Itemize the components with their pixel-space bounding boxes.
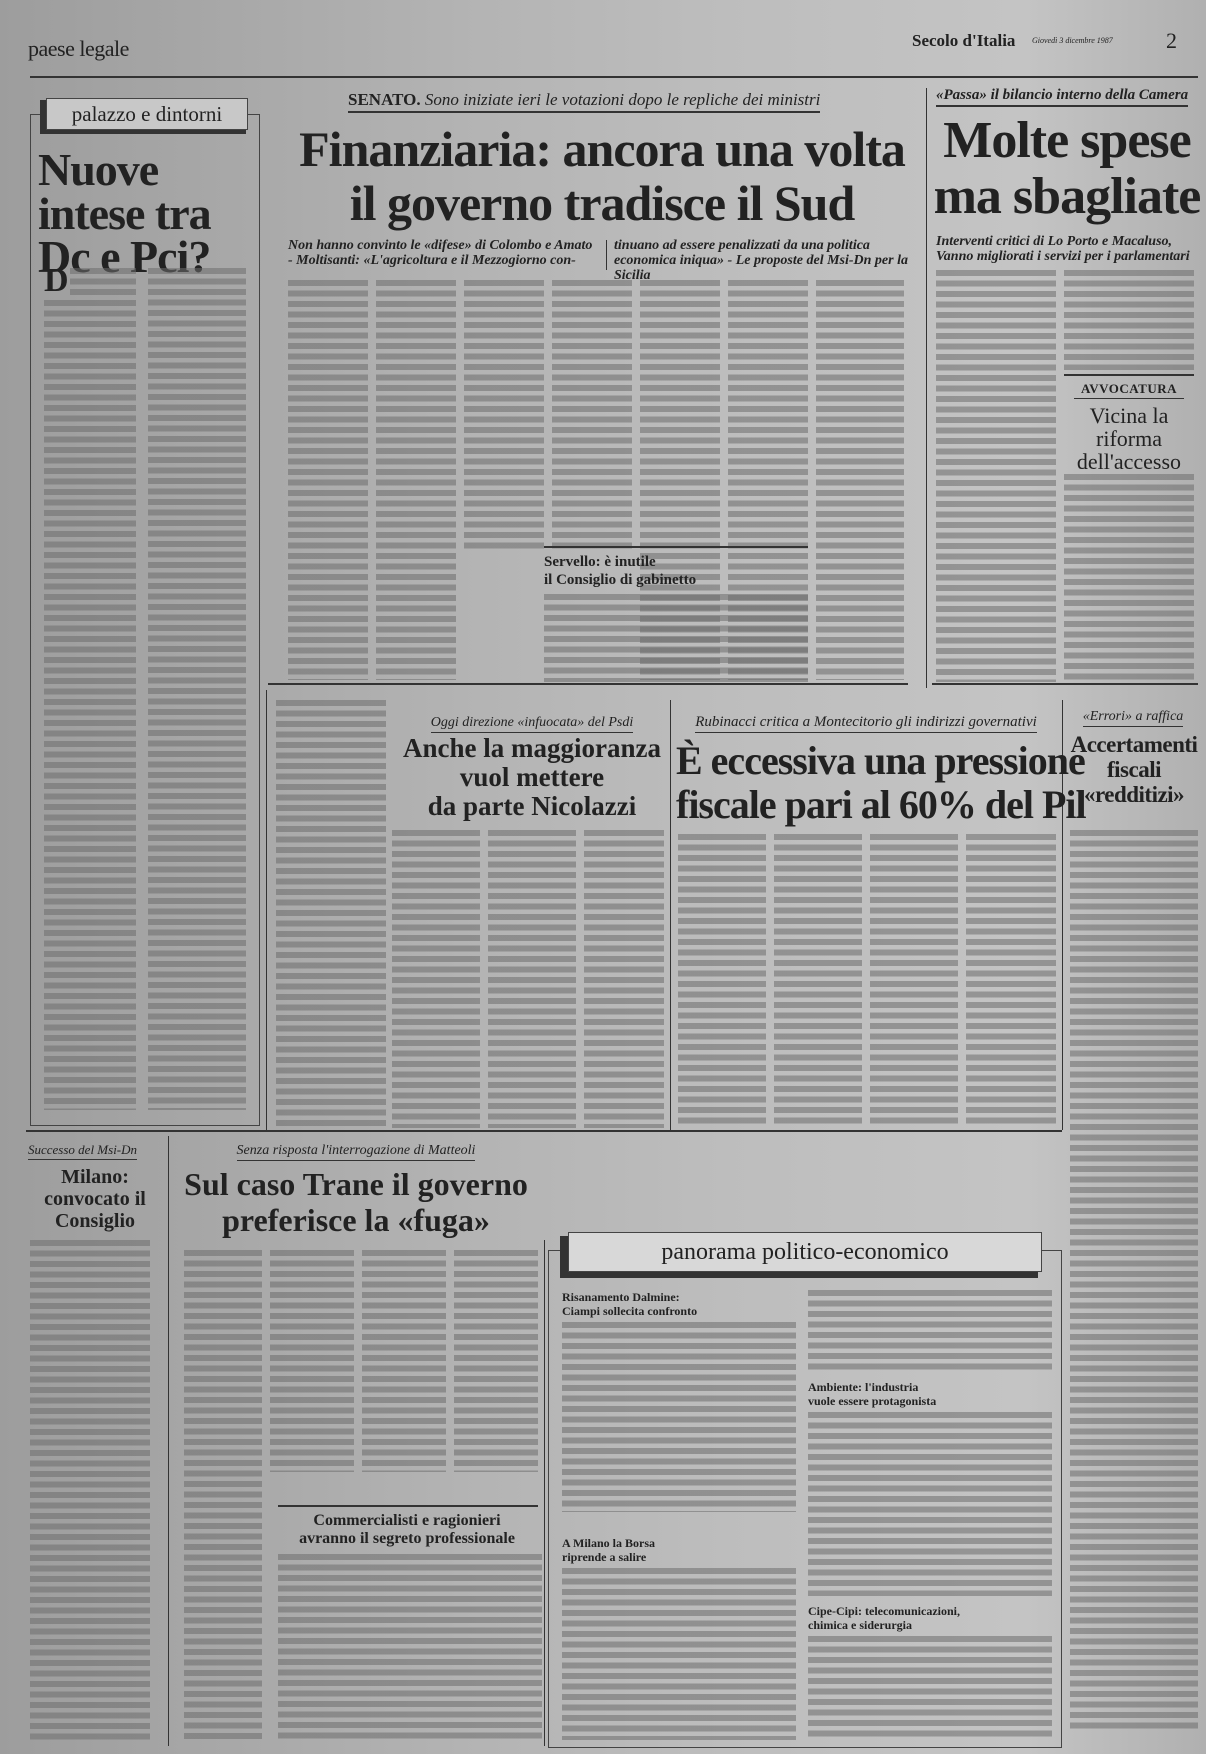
- accertamenti-kicker: «Errori» a raffica: [1066, 707, 1200, 725]
- finanziaria-col3: [464, 280, 544, 552]
- column-tag: palazzo e dintorni: [46, 98, 248, 130]
- panorama-item-4-title: Cipe-Cipi: telecomunicazioni, chimica e …: [808, 1604, 960, 1632]
- finanziaria-col1: [288, 280, 368, 680]
- trane-kicker-text: Senza risposta l'interrogazione di Matte…: [237, 1143, 476, 1161]
- panorama-item-1-title-1: Risanamento Dalmine:: [562, 1290, 697, 1304]
- nicolazzi-kicker: Oggi direzione «infuocata» del Psdi: [400, 713, 664, 731]
- left-divider: [266, 690, 267, 1130]
- panorama-divider: [544, 1240, 545, 1746]
- pressione-col1: [678, 834, 766, 1128]
- pressione-left-border: [670, 700, 671, 1130]
- palazzo-text-col1: [44, 300, 136, 1110]
- page-number: 2: [1166, 28, 1177, 54]
- nicolazzi-col2: [488, 830, 576, 1128]
- commercialisti-headline-1: Commercialisti e ragionieri: [272, 1512, 542, 1530]
- milano-kicker-text: Successo del Msi-Dn: [28, 1142, 137, 1160]
- camera-kicker-text: «Passa» il bilancio interno della Camera: [936, 87, 1188, 107]
- panorama-item-3-text: [808, 1412, 1052, 1596]
- avvocatura-text: [1064, 474, 1194, 682]
- pressione-col3: [870, 834, 958, 1128]
- palazzo-text-lead: [70, 268, 136, 298]
- pressione-headline-2: fiscale pari al 60% del Pil: [676, 786, 1060, 824]
- milano-kicker: Successo del Msi-Dn: [28, 1141, 166, 1159]
- servello-rule: [544, 546, 808, 548]
- milano-text: [30, 1240, 150, 1740]
- avvocatura-headline: Vicina la riforma dell'accesso: [1064, 404, 1194, 473]
- camera-headline-1: Molte spese: [932, 116, 1202, 165]
- accertamenti-headline: Accertamenti fiscali «redditizi»: [1066, 732, 1202, 807]
- finanziaria-headline-2: il governo tradisce il Sud: [282, 180, 922, 228]
- trane-col4: [454, 1250, 538, 1472]
- panorama-banner: panorama politico-economico: [568, 1232, 1042, 1272]
- issue-date: Giovedì 3 dicembre 1987: [1032, 36, 1113, 45]
- trane-headline-1: Sul caso Trane il governo: [176, 1166, 536, 1202]
- servello-headline-1: Servello: è inutile: [544, 553, 696, 571]
- palazzo-headline: Nuove intese tra Dc e Pci?: [38, 148, 268, 279]
- header-rule: [30, 76, 1198, 78]
- finanziaria-subhead-right: tinuano ad essere penalizzati da una pol…: [614, 238, 920, 283]
- right-top-bottom-rule: [932, 683, 1198, 685]
- panorama-item-2-text: [562, 1568, 796, 1740]
- pressione-kicker: Rubinacci critica a Montecitorio gli ind…: [676, 713, 1056, 731]
- accertamenti-text: [1070, 830, 1198, 1730]
- milano-headline: Milano: convocato il Consiglio: [28, 1166, 162, 1232]
- panorama-item-2-title: A Milano la Borsa riprende a salire: [562, 1536, 655, 1564]
- finanziaria-kicker: SENATO. Sono iniziate ieri le votazioni …: [348, 90, 820, 110]
- panorama-item-4-title-1: Cipe-Cipi: telecomunicazioni,: [808, 1604, 960, 1618]
- camera-subhead: Interventi critici di Lo Porto e Macalus…: [936, 234, 1200, 264]
- avvocatura-rule-top: [1064, 374, 1194, 376]
- panorama-item-1-title: Risanamento Dalmine: Ciampi sollecita co…: [562, 1290, 697, 1318]
- left-continuation-text: [276, 700, 386, 1128]
- newspaper-page: paese legale Secolo d'Italia Giovedì 3 d…: [0, 0, 1206, 1754]
- masthead: Secolo d'Italia: [912, 31, 1015, 51]
- panorama-item-3-title-2: vuole essere protagonista: [808, 1394, 936, 1408]
- commercialisti-headline: Commercialisti e ragionieri avranno il s…: [272, 1512, 542, 1548]
- panorama-item-3-title-1: Ambiente: l'industria: [808, 1380, 936, 1394]
- nicolazzi-headline-2: vuol mettere: [392, 763, 672, 792]
- subhead-divider: [606, 240, 607, 270]
- nicolazzi-col1: [392, 830, 480, 1128]
- trane-kicker: Senza risposta l'interrogazione di Matte…: [176, 1141, 536, 1159]
- commercialisti-rule: [278, 1505, 538, 1507]
- pressione-kicker-text: Rubinacci critica a Montecitorio gli ind…: [695, 714, 1037, 733]
- panorama-item-0-right-text: [808, 1290, 1052, 1374]
- kicker-text: Sono iniziate ieri le votazioni dopo le …: [425, 90, 821, 109]
- avvocatura-tag: AVVOCATURA: [1064, 381, 1194, 397]
- panorama-item-1-title-2: Ciampi sollecita confronto: [562, 1304, 697, 1318]
- camera-col2: [1064, 270, 1194, 370]
- trane-col3: [362, 1250, 446, 1472]
- right-column-divider: [926, 88, 927, 688]
- panorama-item-1-text: [562, 1322, 796, 1512]
- trane-headline: Sul caso Trane il governo preferisce la …: [176, 1166, 536, 1238]
- camera-col1: [936, 270, 1056, 682]
- servello-headline-2: il Consiglio di gabinetto: [544, 571, 696, 589]
- trane-col2: [270, 1250, 354, 1472]
- pressione-col4: [966, 834, 1056, 1128]
- nicolazzi-headline: Anche la maggioranza vuol mettere da par…: [392, 734, 672, 821]
- servello-text: [544, 594, 808, 682]
- nicolazzi-kicker-text: Oggi direzione «infuocata» del Psdi: [431, 715, 633, 733]
- panorama-item-2-title-1: A Milano la Borsa: [562, 1536, 655, 1550]
- finanziaria-subhead-left: Non hanno convinto le «difese» di Colomb…: [288, 238, 598, 268]
- lower-section-rule: [26, 1130, 1062, 1132]
- panorama-item-4-text: [808, 1636, 1052, 1740]
- milano-divider: [168, 1136, 169, 1746]
- pressione-col2: [774, 834, 862, 1128]
- panorama-item-2-title-2: riprende a salire: [562, 1550, 655, 1564]
- pressione-headline-1: È eccessiva una pressione: [676, 742, 1060, 780]
- drop-cap: D: [44, 266, 69, 296]
- finanziaria-headline-1: Finanziaria: ancora una volta: [282, 126, 922, 174]
- finanziaria-col7: [816, 280, 904, 680]
- finanziaria-col2: [376, 280, 456, 680]
- commercialisti-text: [278, 1554, 542, 1740]
- nicolazzi-col3: [584, 830, 664, 1128]
- finanziaria-col4: [552, 280, 632, 552]
- nicolazzi-headline-1: Anche la maggioranza: [392, 734, 672, 763]
- camera-headline-2: ma sbagliate: [932, 172, 1202, 221]
- accertamenti-kicker-text: «Errori» a raffica: [1083, 709, 1184, 727]
- trane-headline-2: preferisce la «fuga»: [176, 1202, 536, 1238]
- kicker-bold: SENATO.: [348, 90, 421, 109]
- commercialisti-headline-2: avranno il segreto professionale: [272, 1530, 542, 1548]
- camera-kicker: «Passa» il bilancio interno della Camera: [936, 86, 1188, 104]
- palazzo-text-col2: [148, 268, 246, 1110]
- servello-headline: Servello: è inutile il Consiglio di gabi…: [544, 553, 696, 589]
- panorama-item-4-title-2: chimica e siderurgia: [808, 1618, 960, 1632]
- finanziaria-bottom-rule: [268, 683, 908, 685]
- panorama-item-3-title: Ambiente: l'industria vuole essere prota…: [808, 1380, 936, 1408]
- section-label: paese legale: [28, 36, 129, 62]
- trane-col1: [184, 1250, 262, 1740]
- nicolazzi-headline-3: da parte Nicolazzi: [392, 792, 672, 821]
- avvocatura-rule-mid: [1074, 398, 1184, 399]
